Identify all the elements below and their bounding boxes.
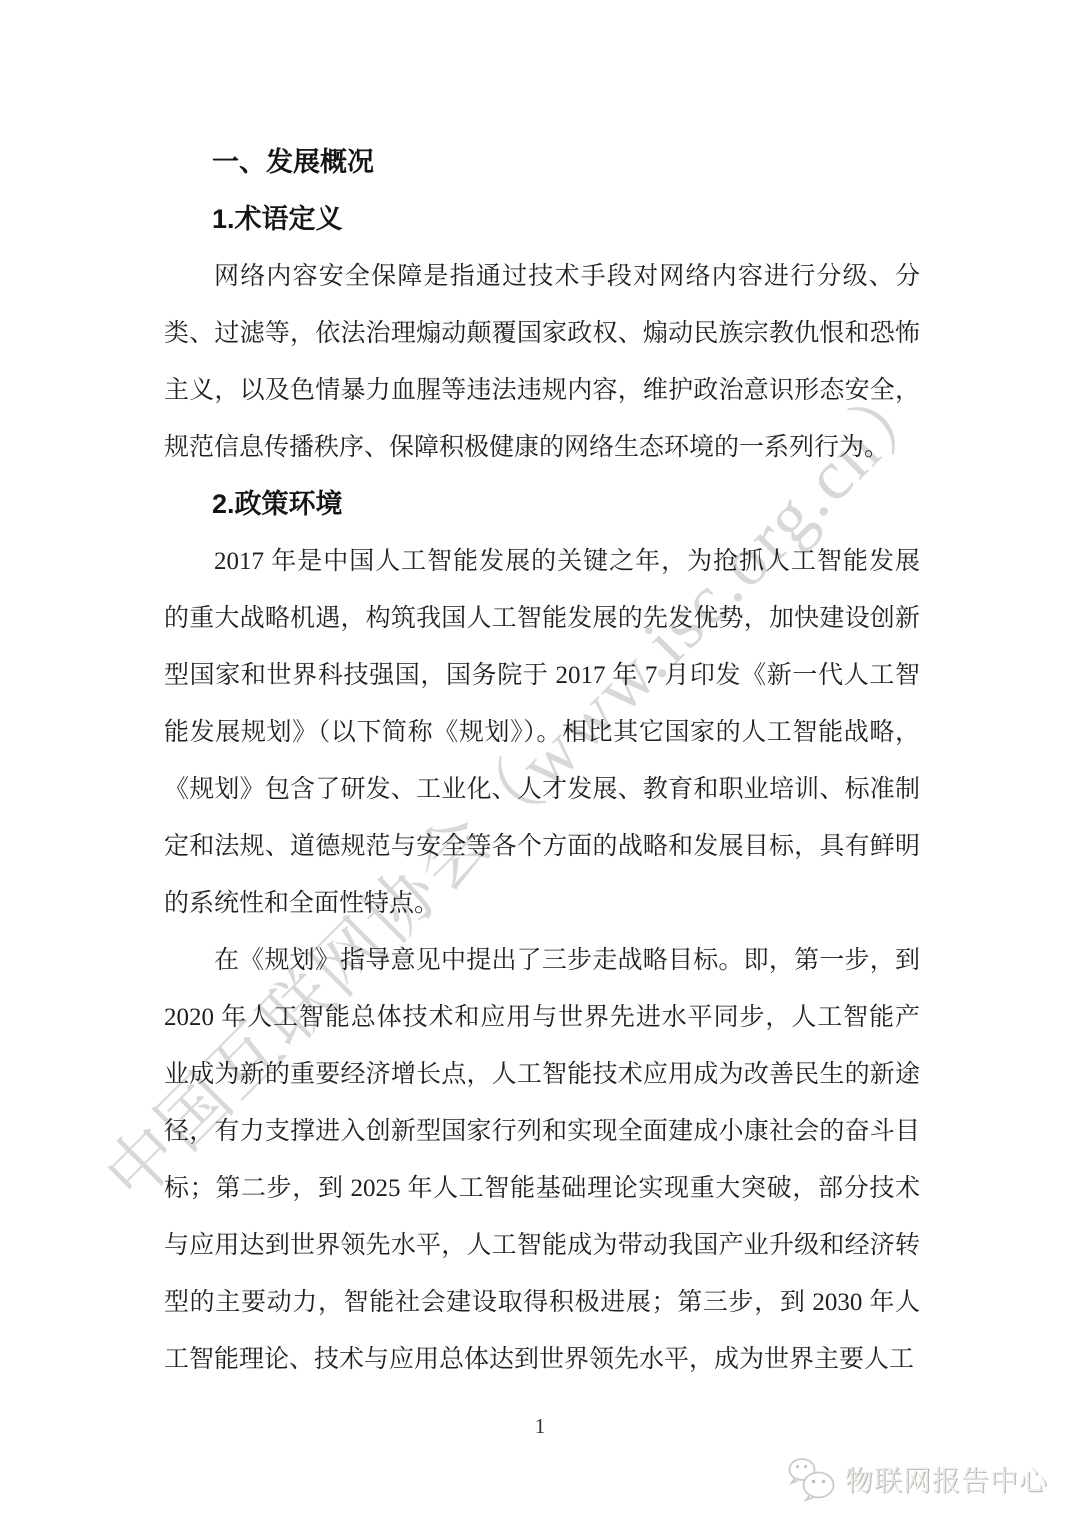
document-page: 中国互联网协会（www.isc.org.cn） 一、发展概况 1.术语定义 网络… bbox=[0, 0, 1080, 1527]
footer-label: 物联网报告中心 bbox=[845, 1459, 1048, 1499]
paragraph-three-step-strategy: 在《规划》指导意见中提出了三步走战略目标。即，第一步，到 2020 年人工智能总… bbox=[164, 932, 920, 1388]
page-number: 1 bbox=[0, 1414, 1080, 1439]
footer-logo: 物联网报告中心 bbox=[785, 1455, 1048, 1503]
section-heading-level1: 一、发展概况 bbox=[164, 134, 920, 191]
section-heading-policy: 2.政策环境 bbox=[164, 476, 920, 533]
section-heading-terms: 1.术语定义 bbox=[164, 191, 920, 248]
document-body: 一、发展概况 1.术语定义 网络内容安全保障是指通过技术手段对网络内容进行分级、… bbox=[164, 134, 920, 1388]
paragraph-policy-environment: 2017 年是中国人工智能发展的关键之年，为抢抓人工智能发展的重大战略机遇，构筑… bbox=[164, 533, 920, 932]
wechat-icon bbox=[785, 1455, 837, 1503]
paragraph-terms-definition: 网络内容安全保障是指通过技术手段对网络内容进行分级、分类、过滤等，依法治理煽动颠… bbox=[164, 248, 920, 476]
